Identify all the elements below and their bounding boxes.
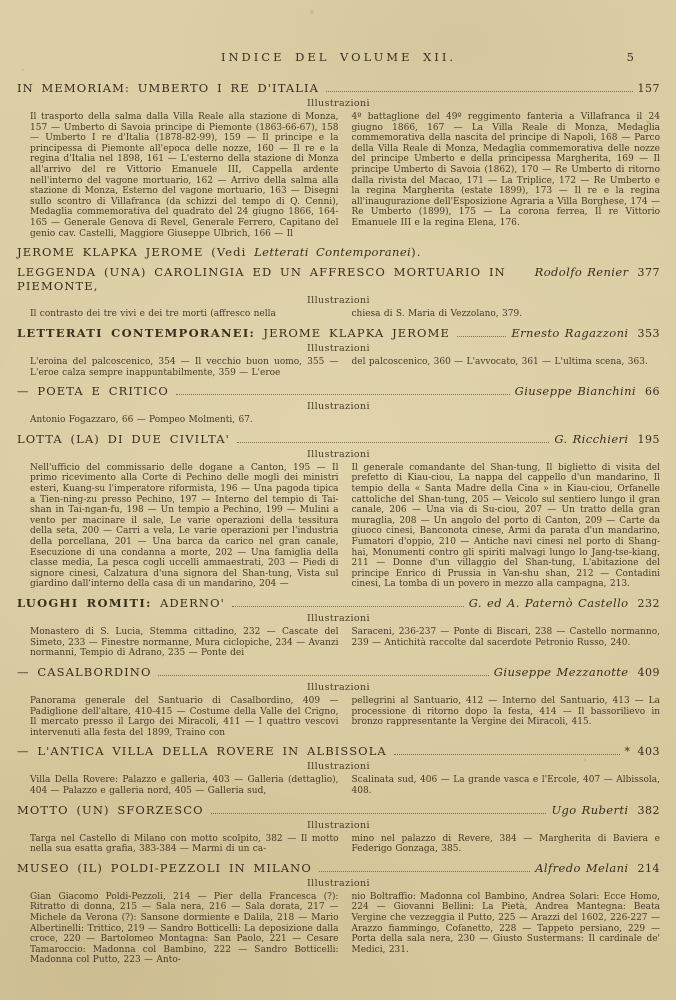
section-author: Ernesto Ragazzoni [511, 326, 628, 340]
illustrations-column-right: nio Boltraffio: Madonna col Bambino, And… [352, 892, 661, 966]
page-header: INDICE DEL VOLUME XII. 5 [17, 50, 660, 64]
section-title-part: ). [411, 245, 421, 259]
section-page-number: 382 [638, 804, 661, 818]
index-section: LEGGENDA (UNA) CAROLINGIA ED UN AFFRESCO… [17, 265, 660, 320]
index-section: LETTERATI CONTEMPORANEI: JEROME KLAPKA J… [17, 326, 660, 378]
illustrations-heading: Illustrazioni [17, 820, 660, 831]
illustrations-column-left: Antonio Fogazzaro, 66 — Pompeo Molmenti,… [30, 415, 339, 426]
illustrations-heading: Illustrazioni [17, 449, 660, 460]
illustrations-column-right: 4º battaglione del 49º reggimento fanter… [352, 112, 661, 239]
illustrations-column-left: Monastero di S. Lucia, Stemma cittadino,… [30, 627, 339, 659]
section-title-part: JEROME KLAPKA JEROME (Vedi [17, 245, 254, 259]
illustrations-heading: Illustrazioni [17, 761, 660, 772]
section-title-part: LEGGENDA (UNA) CAROLINGIA ED UN AFFRESCO… [17, 265, 514, 293]
section-page-number: 377 [638, 266, 661, 280]
section-title-part: LOTTA (LA) DI DUE CIVILTA' [17, 432, 230, 446]
section-author: Giuseppe Bianchini [515, 384, 636, 398]
section-title-part: JEROME KLAPKA JEROME [263, 326, 450, 340]
section-heading: LUOGHI ROMITI: ADERNO' G. ed A. Paternò … [17, 596, 660, 611]
illustrations-list: Nell'ufficio del commissario delle dogan… [17, 463, 660, 590]
section-title-part: Letterati Contemporanei [254, 245, 411, 259]
section-title: LOTTA (LA) DI DUE CIVILTA' [17, 432, 230, 446]
section-title: MUSEO (IL) POLDI-PEZZOLI IN MILANO [17, 861, 312, 875]
section-title: JEROME KLAPKA JEROME (Vedi Letterati Con… [17, 245, 421, 259]
illustrations-heading: Illustrazioni [17, 613, 660, 624]
section-heading: LETTERATI CONTEMPORANEI: JEROME KLAPKA J… [17, 326, 660, 341]
section-heading: MUSEO (IL) POLDI-PEZZOLI IN MILANO Alfre… [17, 861, 660, 876]
section-author: Rodolfo Renier [535, 265, 629, 279]
section-title: — POETA E CRITICO [17, 384, 169, 398]
section-title: — L'ANTICA VILLA DELLA ROVERE IN ALBISSO… [17, 744, 387, 758]
section-heading: — POETA E CRITICO Giuseppe Bianchini 66 [17, 384, 660, 399]
section-heading: — CASALBORDINO Giuseppe Mezzanotte 409 [17, 665, 660, 680]
dotted-leader [237, 442, 549, 443]
index-section: LUOGHI ROMITI: ADERNO' G. ed A. Paternò … [17, 596, 660, 659]
section-title: MOTTO (UN) SFORZESCO [17, 803, 204, 817]
section-heading: — L'ANTICA VILLA DELLA ROVERE IN ALBISSO… [17, 744, 660, 759]
section-title-part: LUOGHI ROMITI: [17, 596, 160, 610]
illustrations-column-right: pellegrini al Santuario, 412 — Interno d… [352, 696, 661, 738]
section-title: LEGGENDA (UNA) CAROLINGIA ED UN AFFRESCO… [17, 265, 513, 293]
section-title-part: LETTERATI CONTEMPORANEI: [17, 326, 263, 340]
index-section: — L'ANTICA VILLA DELLA ROVERE IN ALBISSO… [17, 744, 660, 796]
dotted-leader [176, 394, 510, 395]
section-title-part: MUSEO (IL) POLDI-PEZZOLI IN MILANO [17, 861, 312, 875]
section-heading: MOTTO (UN) SFORZESCO Ugo Ruberti 382 [17, 803, 660, 818]
section-title-part: ADERNO' [160, 596, 225, 610]
section-author: Alfredo Melani [535, 861, 628, 875]
illustrations-list: Antonio Fogazzaro, 66 — Pompeo Molmenti,… [17, 415, 660, 426]
index-section: LOTTA (LA) DI DUE CIVILTA' G. Ricchieri … [17, 432, 660, 590]
index-section: MUSEO (IL) POLDI-PEZZOLI IN MILANO Alfre… [17, 861, 660, 966]
dotted-leader [326, 91, 632, 92]
section-title: LUOGHI ROMITI: ADERNO' [17, 596, 225, 610]
section-heading: IN MEMORIAM: UMBERTO I RE D'ITALIA 157 [17, 81, 660, 96]
section-title-part: — L'ANTICA VILLA DELLA ROVERE IN ALBISSO… [17, 744, 387, 758]
illustrations-column-left: Gian Giacomo Poldi-Pezzoli, 214 — Pier d… [30, 892, 339, 966]
section-author: Giuseppe Mezzanotte [494, 665, 629, 679]
index-section: IN MEMORIAM: UMBERTO I RE D'ITALIA 157 I… [17, 81, 660, 239]
section-page-number: 232 [638, 597, 661, 611]
section-title-part: MOTTO (UN) SFORZESCO [17, 803, 204, 817]
illustrations-list: Gian Giacomo Poldi-Pezzoli, 214 — Pier d… [17, 892, 660, 966]
dotted-leader [232, 606, 464, 607]
section-page-number: 66 [645, 385, 660, 399]
index-sections: IN MEMORIAM: UMBERTO I RE D'ITALIA 157 I… [17, 81, 660, 966]
illustrations-list: Monastero di S. Lucia, Stemma cittadino,… [17, 627, 660, 659]
dotted-leader [211, 813, 547, 814]
index-section: — POETA E CRITICO Giuseppe Bianchini 66 … [17, 384, 660, 426]
illustrations-column-right: chiesa di S. Maria di Vezzolano, 379. [352, 309, 661, 320]
illustrations-list: L'eroina del palcoscenico, 354 — Il vecc… [17, 357, 660, 378]
dotted-leader [319, 871, 530, 872]
volume-index-title: INDICE DEL VOLUME XII. [221, 50, 456, 64]
section-author: G. Ricchieri [554, 432, 628, 446]
section-author: G. ed A. Paternò Castello [469, 596, 629, 610]
illustrations-column-left: L'eroina del palcoscenico, 354 — Il vecc… [30, 357, 339, 378]
illustrations-column-left: Panorama generale del Santuario di Casal… [30, 696, 339, 738]
section-page-number: 157 [638, 82, 661, 96]
illustrations-heading: Illustrazioni [17, 343, 660, 354]
section-page-number: 409 [638, 666, 661, 680]
illustrations-column-right: Saraceni, 236-237 — Ponte di Biscari, 23… [352, 627, 661, 659]
illustrations-column-left: Nell'ufficio del commissario delle dogan… [30, 463, 339, 590]
illustrations-list: Il trasporto della salma dalla Villa Rea… [17, 112, 660, 239]
illustrations-column-right: mino nel palazzo di Revere, 384 — Marghe… [352, 834, 661, 855]
illustrations-list: Il contrasto dei tre vivi e dei tre mort… [17, 309, 660, 320]
illustrations-heading: Illustrazioni [17, 682, 660, 693]
illustrations-column-right: Scalinata sud, 406 — La grande vasca e l… [352, 775, 661, 796]
section-page-number: 353 [638, 327, 661, 341]
illustrations-column-left: Villa Della Rovere: Palazzo e galleria, … [30, 775, 339, 796]
index-section: — CASALBORDINO Giuseppe Mezzanotte 409 I… [17, 665, 660, 738]
illustrations-heading: Illustrazioni [17, 98, 660, 109]
illustrations-column-left: Targa nel Castello di Milano con motto s… [30, 834, 339, 855]
section-heading: LOTTA (LA) DI DUE CIVILTA' G. Ricchieri … [17, 432, 660, 447]
illustrations-column-left: Il contrasto dei tre vivi e dei tre mort… [30, 309, 339, 320]
section-page-number: * 403 [625, 745, 661, 759]
section-title-part: — CASALBORDINO [17, 665, 151, 679]
dotted-leader [158, 675, 488, 676]
illustrations-column-right: del palcoscenico, 360 — L'avvocato, 361 … [352, 357, 661, 378]
illustrations-column-right [352, 415, 661, 426]
page-number: 5 [627, 50, 634, 64]
section-heading: JEROME KLAPKA JEROME (Vedi Letterati Con… [17, 245, 660, 259]
illustrations-heading: Illustrazioni [17, 401, 660, 412]
section-page-number: 214 [638, 862, 661, 876]
section-title-part: IN MEMORIAM: UMBERTO I RE D'ITALIA [17, 81, 319, 95]
illustrations-column-right: Il generale comandante del Shan-tung, Il… [352, 463, 661, 590]
illustrations-list: Villa Della Rovere: Palazzo e galleria, … [17, 775, 660, 796]
section-title: IN MEMORIAM: UMBERTO I RE D'ITALIA [17, 81, 319, 95]
index-section: MOTTO (UN) SFORZESCO Ugo Ruberti 382 Ill… [17, 803, 660, 855]
section-page-number: 195 [638, 433, 661, 447]
section-title: LETTERATI CONTEMPORANEI: JEROME KLAPKA J… [17, 326, 450, 340]
dotted-leader [457, 336, 506, 337]
section-heading: LEGGENDA (UNA) CAROLINGIA ED UN AFFRESCO… [17, 265, 660, 293]
illustrations-column-left: Il trasporto della salma dalla Villa Rea… [30, 112, 339, 239]
index-section: JEROME KLAPKA JEROME (Vedi Letterati Con… [17, 245, 660, 259]
illustrations-list: Panorama generale del Santuario di Casal… [17, 696, 660, 738]
section-title: — CASALBORDINO [17, 665, 151, 679]
scanned-index-page: INDICE DEL VOLUME XII. 5 IN MEMORIAM: UM… [0, 0, 676, 1000]
section-author: Ugo Ruberti [551, 803, 628, 817]
section-title-part: — POETA E CRITICO [17, 384, 169, 398]
dotted-leader [394, 754, 620, 755]
illustrations-list: Targa nel Castello di Milano con motto s… [17, 834, 660, 855]
illustrations-heading: Illustrazioni [17, 295, 660, 306]
illustrations-heading: Illustrazioni [17, 878, 660, 889]
